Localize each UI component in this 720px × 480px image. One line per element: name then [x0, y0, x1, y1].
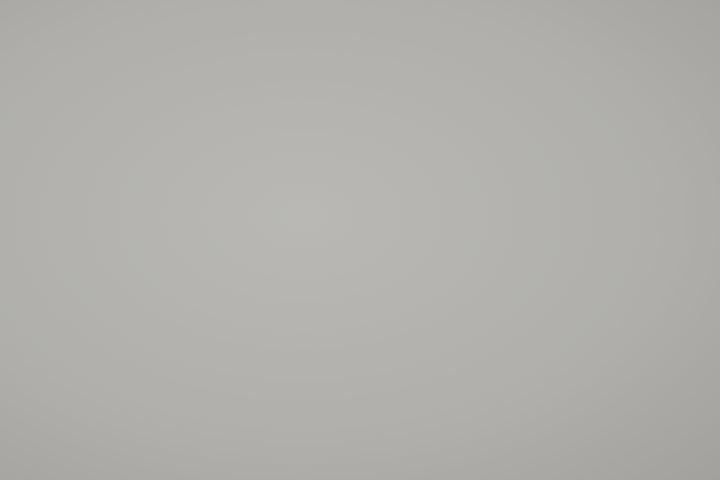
- manuscript-scan-svg: [0, 0, 720, 480]
- manuscript-scan: [0, 0, 720, 480]
